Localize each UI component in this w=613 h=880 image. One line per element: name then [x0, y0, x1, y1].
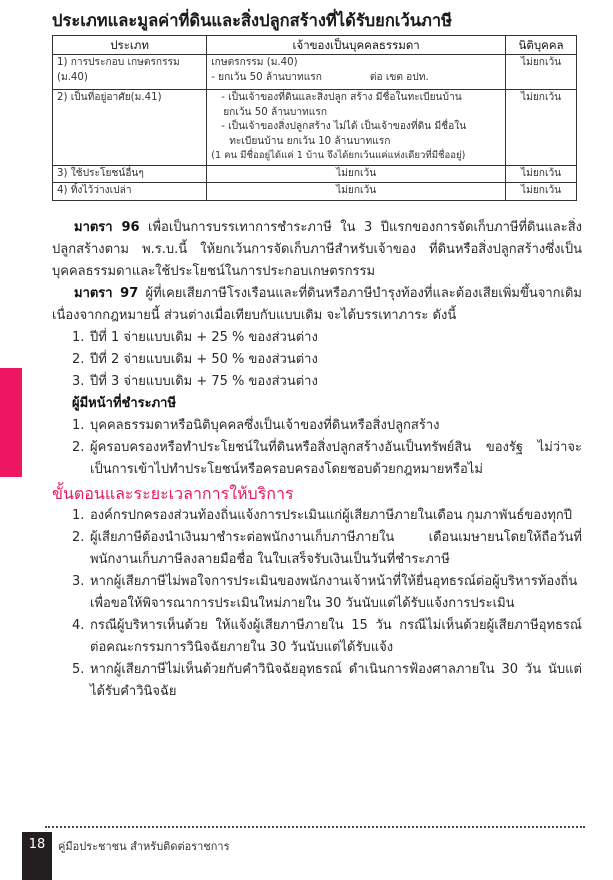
relief-list: 1.ปีที่ 1 จ่ายแบบเดิม + 25 % ของส่วนต่าง…: [52, 327, 582, 393]
cell-line: ทะเบียนบ้าน ยกเว้น 10 ล้านบาทแรก: [211, 135, 501, 150]
tax-exemption-table: ประเภท เจ้าของเป็นบุคคลธรรมดา นิติบุคคล …: [52, 35, 577, 201]
table-row: 2) เป็นที่อยู่อาศัย(ม.41) - เป็นเจ้าของท…: [53, 90, 577, 166]
table-row: 4) ทิ้งไว้ว่างเปล่า ไม่ยกเว้น ไม่ยกเว้น: [53, 183, 577, 201]
cell-line: - ยกเว้น 50 ล้านบาทแรกต่อ เขต อปท.: [211, 71, 501, 86]
section-97-label: มาตรา 97: [74, 286, 138, 301]
cell-line: (1 คน มีชื่ออยู่ได้แค่ 1 บ้าน จึงได้ยกเว…: [211, 149, 501, 164]
footer-divider: [45, 826, 585, 828]
page-title: ประเภทและมูลค่าที่ดินและสิ่งปลูกสร้างที่…: [52, 8, 452, 34]
cell-individual: - เป็นเจ้าของที่ดินและสิ่งปลูก สร้าง มีช…: [207, 90, 506, 166]
procedure-heading: ขั้นตอนและระยะเวลาการให้บริการ: [52, 483, 582, 505]
list-number: 1.: [72, 415, 84, 437]
column-header-type: ประเภท: [53, 36, 207, 55]
cell-type: 3) ใช้ประโยชน์อื่นๆ: [53, 165, 207, 183]
list-number: 2.: [72, 437, 84, 459]
taxpayers-list: 1.บุคคลธรรมดาหรือนิติบุคคลซึ่งเป็นเจ้าขอ…: [52, 415, 582, 481]
cell-line: เกษตรกรรม (ม.40): [211, 56, 501, 71]
section-96-paragraph: มาตรา 96 เพื่อเป็นการบรรเทาการชำระภาษี ใ…: [52, 217, 582, 283]
cell-line: - เป็นเจ้าของที่ดินและสิ่งปลูก สร้าง มีช…: [211, 91, 501, 106]
procedure-list: 1.องค์กรปกครองส่วนท้องถิ่นแจ้งการประเมิน…: [52, 505, 582, 703]
cell-line-part: ต่อ เขต อปท.: [370, 72, 429, 83]
taxpayers-heading: ผู้มีหน้าที่ชำระภาษี: [72, 393, 582, 415]
section-96-label: มาตรา 96: [74, 220, 140, 235]
list-number: 2.: [72, 527, 84, 549]
list-item: 3.ปีที่ 3 จ่ายแบบเดิม + 75 % ของส่วนต่าง: [52, 371, 582, 393]
list-number: 4.: [72, 615, 84, 637]
list-item: 1.องค์กรปกครองส่วนท้องถิ่นแจ้งการประเมิน…: [52, 505, 582, 527]
list-item: 5.หากผู้เสียภาษีไม่เห็นด้วยกับคำวินิจฉัย…: [52, 659, 582, 703]
list-number: 1.: [72, 327, 84, 349]
table-header-row: ประเภท เจ้าของเป็นบุคคลธรรมดา นิติบุคคล: [53, 36, 577, 55]
list-text: ปีที่ 3 จ่ายแบบเดิม + 75 % ของส่วนต่าง: [90, 374, 318, 389]
list-text: ผู้เสียภาษีต้องนำเงินมาชำระต่อพนักงานเก็…: [90, 530, 582, 567]
section-97-paragraph: มาตรา 97 ผู้ที่เคยเสียภาษีโรงเรือนและที่…: [52, 283, 582, 327]
table-row: 3) ใช้ประโยชน์อื่นๆ ไม่ยกเว้น ไม่ยกเว้น: [53, 165, 577, 183]
cell-line: - เป็นเจ้าของสิ่งปลูกสร้าง ไม่ได้ เป็นเจ…: [211, 120, 501, 135]
list-text: หากผู้เสียภาษีไม่เห็นด้วยกับคำวินิจฉัยอุ…: [90, 662, 582, 699]
list-number: 2.: [72, 349, 84, 371]
list-text: ปีที่ 1 จ่ายแบบเดิม + 25 % ของส่วนต่าง: [90, 330, 318, 345]
cell-type: 2) เป็นที่อยู่อาศัย(ม.41): [53, 90, 207, 166]
column-header-juristic: นิติบุคคล: [506, 36, 577, 55]
cell-type: 1) การประกอบ เกษตรกรรม (ม.40): [53, 55, 207, 90]
main-content: มาตรา 96 เพื่อเป็นการบรรเทาการชำระภาษี ใ…: [52, 217, 582, 703]
cell-individual: ไม่ยกเว้น: [207, 165, 506, 183]
cell-individual: ไม่ยกเว้น: [207, 183, 506, 201]
footer-title: คู่มือประชาชน สำหรับติดต่อราชการ: [58, 837, 230, 855]
cell-type: 4) ทิ้งไว้ว่างเปล่า: [53, 183, 207, 201]
list-text: ปีที่ 2 จ่ายแบบเดิม + 50 % ของส่วนต่าง: [90, 352, 318, 367]
list-item: 2.ปีที่ 2 จ่ายแบบเดิม + 50 % ของส่วนต่าง: [52, 349, 582, 371]
list-item: 3.หากผู้เสียภาษีไม่พอใจการประเมินของพนัก…: [52, 571, 582, 615]
cell-line: ยกเว้น 50 ล้านบาทแรก: [211, 106, 501, 121]
list-item: 1.บุคคลธรรมดาหรือนิติบุคคลซึ่งเป็นเจ้าขอ…: [52, 415, 582, 437]
list-text: องค์กรปกครองส่วนท้องถิ่นแจ้งการประเมินแก…: [90, 508, 572, 523]
list-number: 3.: [72, 371, 84, 393]
list-number: 3.: [72, 571, 84, 593]
cell-individual: เกษตรกรรม (ม.40) - ยกเว้น 50 ล้านบาทแรกต…: [207, 55, 506, 90]
list-item: 1.ปีที่ 1 จ่ายแบบเดิม + 25 % ของส่วนต่าง: [52, 327, 582, 349]
list-item: 2.ผู้เสียภาษีต้องนำเงินมาชำระต่อพนักงานเ…: [52, 527, 582, 571]
list-item: 2.ผู้ครอบครองหรือทำประโยชน์ในที่ดินหรือส…: [52, 437, 582, 481]
column-header-individual: เจ้าของเป็นบุคคลธรรมดา: [207, 36, 506, 55]
table-row: 1) การประกอบ เกษตรกรรม (ม.40) เกษตรกรรม …: [53, 55, 577, 90]
side-accent-bar: [0, 368, 22, 477]
page-number: 18: [22, 832, 52, 880]
list-text: หากผู้เสียภาษีไม่พอใจการประเมินของพนักงา…: [90, 574, 577, 611]
list-number: 1.: [72, 505, 84, 527]
list-item: 4.กรณีผู้บริหารเห็นด้วย ให้แจ้งผู้เสียภา…: [52, 615, 582, 659]
cell-juristic: ไม่ยกเว้น: [506, 90, 577, 166]
cell-juristic: ไม่ยกเว้น: [506, 183, 577, 201]
list-text: ผู้ครอบครองหรือทำประโยชน์ในที่ดินหรือสิ่…: [90, 440, 582, 477]
cell-juristic: ไม่ยกเว้น: [506, 165, 577, 183]
list-text: กรณีผู้บริหารเห็นด้วย ให้แจ้งผู้เสียภาษี…: [90, 618, 582, 655]
cell-juristic: ไม่ยกเว้น: [506, 55, 577, 90]
list-text: บุคคลธรรมดาหรือนิติบุคคลซึ่งเป็นเจ้าของท…: [90, 418, 439, 433]
cell-line-part: - ยกเว้น 50 ล้านบาทแรก: [211, 72, 322, 83]
list-number: 5.: [72, 659, 84, 681]
